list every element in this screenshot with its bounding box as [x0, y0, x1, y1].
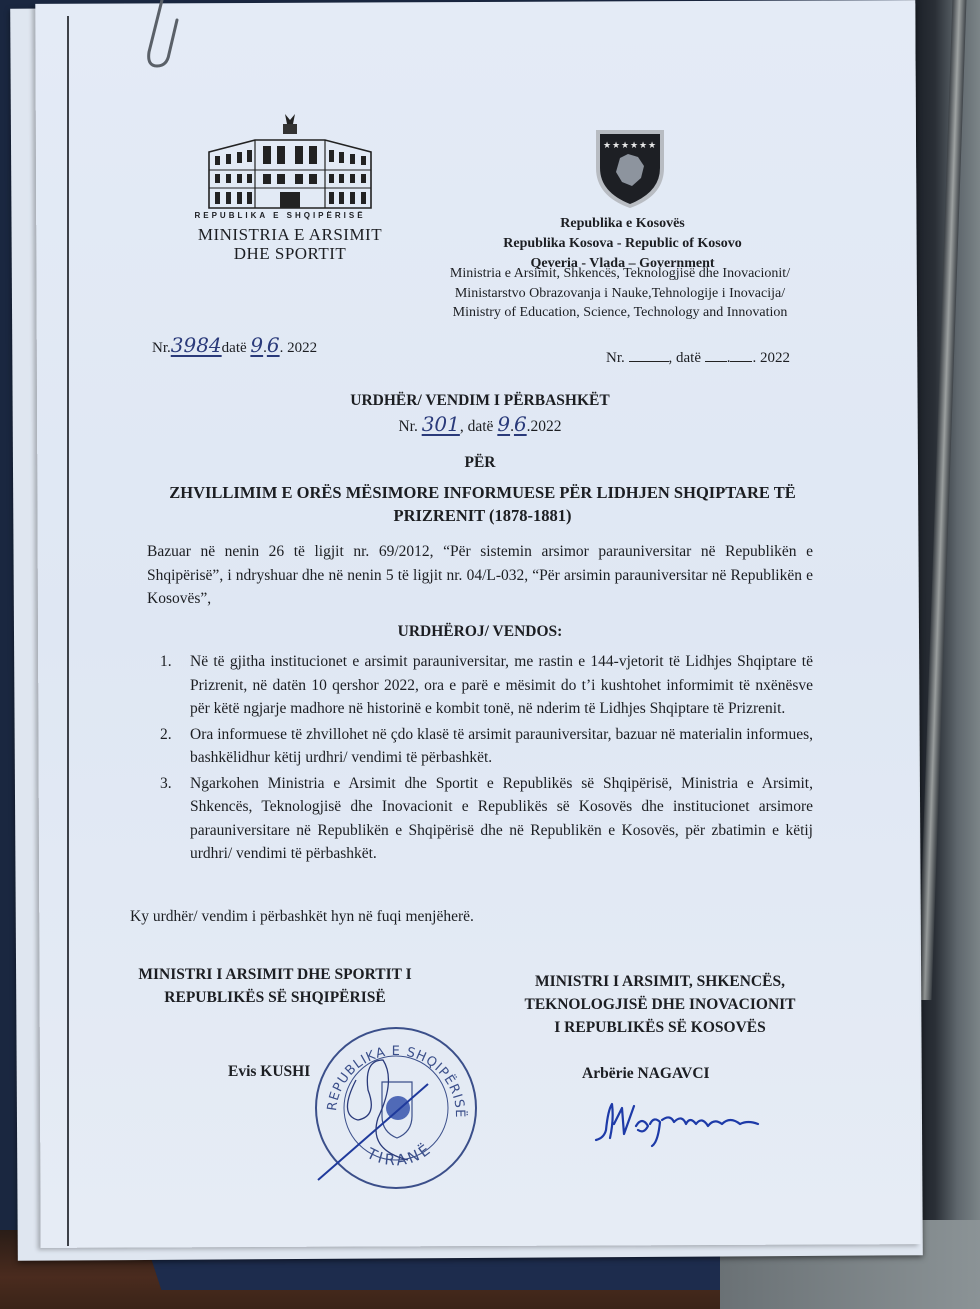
- svg-text:★: ★: [648, 141, 656, 151]
- handwritten-day: 9: [250, 333, 263, 357]
- svg-text:★: ★: [621, 141, 629, 151]
- albania-minister-title: MINISTRI I ARSIMIT DHE SPORTIT I REPUBLI…: [110, 963, 440, 1009]
- albania-republic-label: REPUBLIKA E SHQIPËRISË: [180, 211, 380, 220]
- decision-item: 2.Ora informuese të zhvillohet në çdo kl…: [160, 723, 813, 770]
- closing-statement: Ky urdhër/ vendim i përbashkët hyn në fu…: [130, 908, 474, 926]
- handwritten-month: 6: [267, 333, 280, 357]
- svg-text:★: ★: [603, 141, 611, 151]
- document-subject: ZHVILLIMIM E ORËS MËSIMORE INFORMUESE PË…: [145, 481, 820, 527]
- document-title: URDHËR/ VENDIM I PËRBASHKËT: [140, 392, 820, 410]
- decision-item: 1.Në të gjitha institucionet e arsimit p…: [160, 650, 813, 721]
- decision-item: 3.Ngarkohen Ministria e Arsimit dhe Spor…: [160, 772, 813, 866]
- decision-list: 1.Në të gjitha institucionet e arsimit p…: [160, 650, 813, 868]
- for-heading: PËR: [140, 454, 820, 472]
- preamble-paragraph: Bazuar në nenin 26 të ligjit nr. 69/2012…: [147, 540, 813, 611]
- kosovo-ministry-name: Ministria e Arsimit, Shkencës, Teknologj…: [415, 264, 825, 323]
- reference-number-albania: Nr.3984datë 9.6. 2022: [152, 333, 317, 357]
- handwritten-nr: 3984: [171, 333, 222, 357]
- kosovo-minister-name: Arbërie NAGAVCI: [582, 1065, 710, 1083]
- kosovo-minister-title: MINISTRI I ARSIMIT, SHKENCËS, TEKNOLOGJI…: [490, 970, 830, 1039]
- decision-heading: URDHËROJ/ VENDOS:: [140, 623, 820, 641]
- reference-number-kosovo: Nr. , datë .. 2022: [606, 350, 790, 367]
- blank-day: [705, 361, 727, 362]
- blank-month: [730, 361, 752, 362]
- svg-text:TIRANË: TIRANË: [363, 1138, 436, 1169]
- albania-minister-name: Evis KUSHI: [228, 1063, 310, 1081]
- document-content: REPUBLIKA E SHQIPËRISË MINISTRIA E ARSIM…: [0, 0, 980, 1309]
- official-stamp-icon: REPUBLIKA E SHQIPËRISË - MINISTRIA E ARS…: [308, 1020, 483, 1195]
- albania-ministry-name: MINISTRIA E ARSIMIT DHE SPORTIT: [160, 225, 420, 263]
- document-number: Nr. 301, datë 9.6.2022: [140, 412, 820, 436]
- ministry-building-logo-icon: [205, 112, 375, 212]
- svg-text:★: ★: [639, 141, 647, 151]
- kosovo-coat-of-arms-icon: ★★★★★★: [594, 128, 666, 210]
- svg-text:★: ★: [630, 141, 638, 151]
- blank-nr: [629, 361, 669, 362]
- handwritten-signature-icon: [590, 1090, 780, 1150]
- svg-text:★: ★: [612, 141, 620, 151]
